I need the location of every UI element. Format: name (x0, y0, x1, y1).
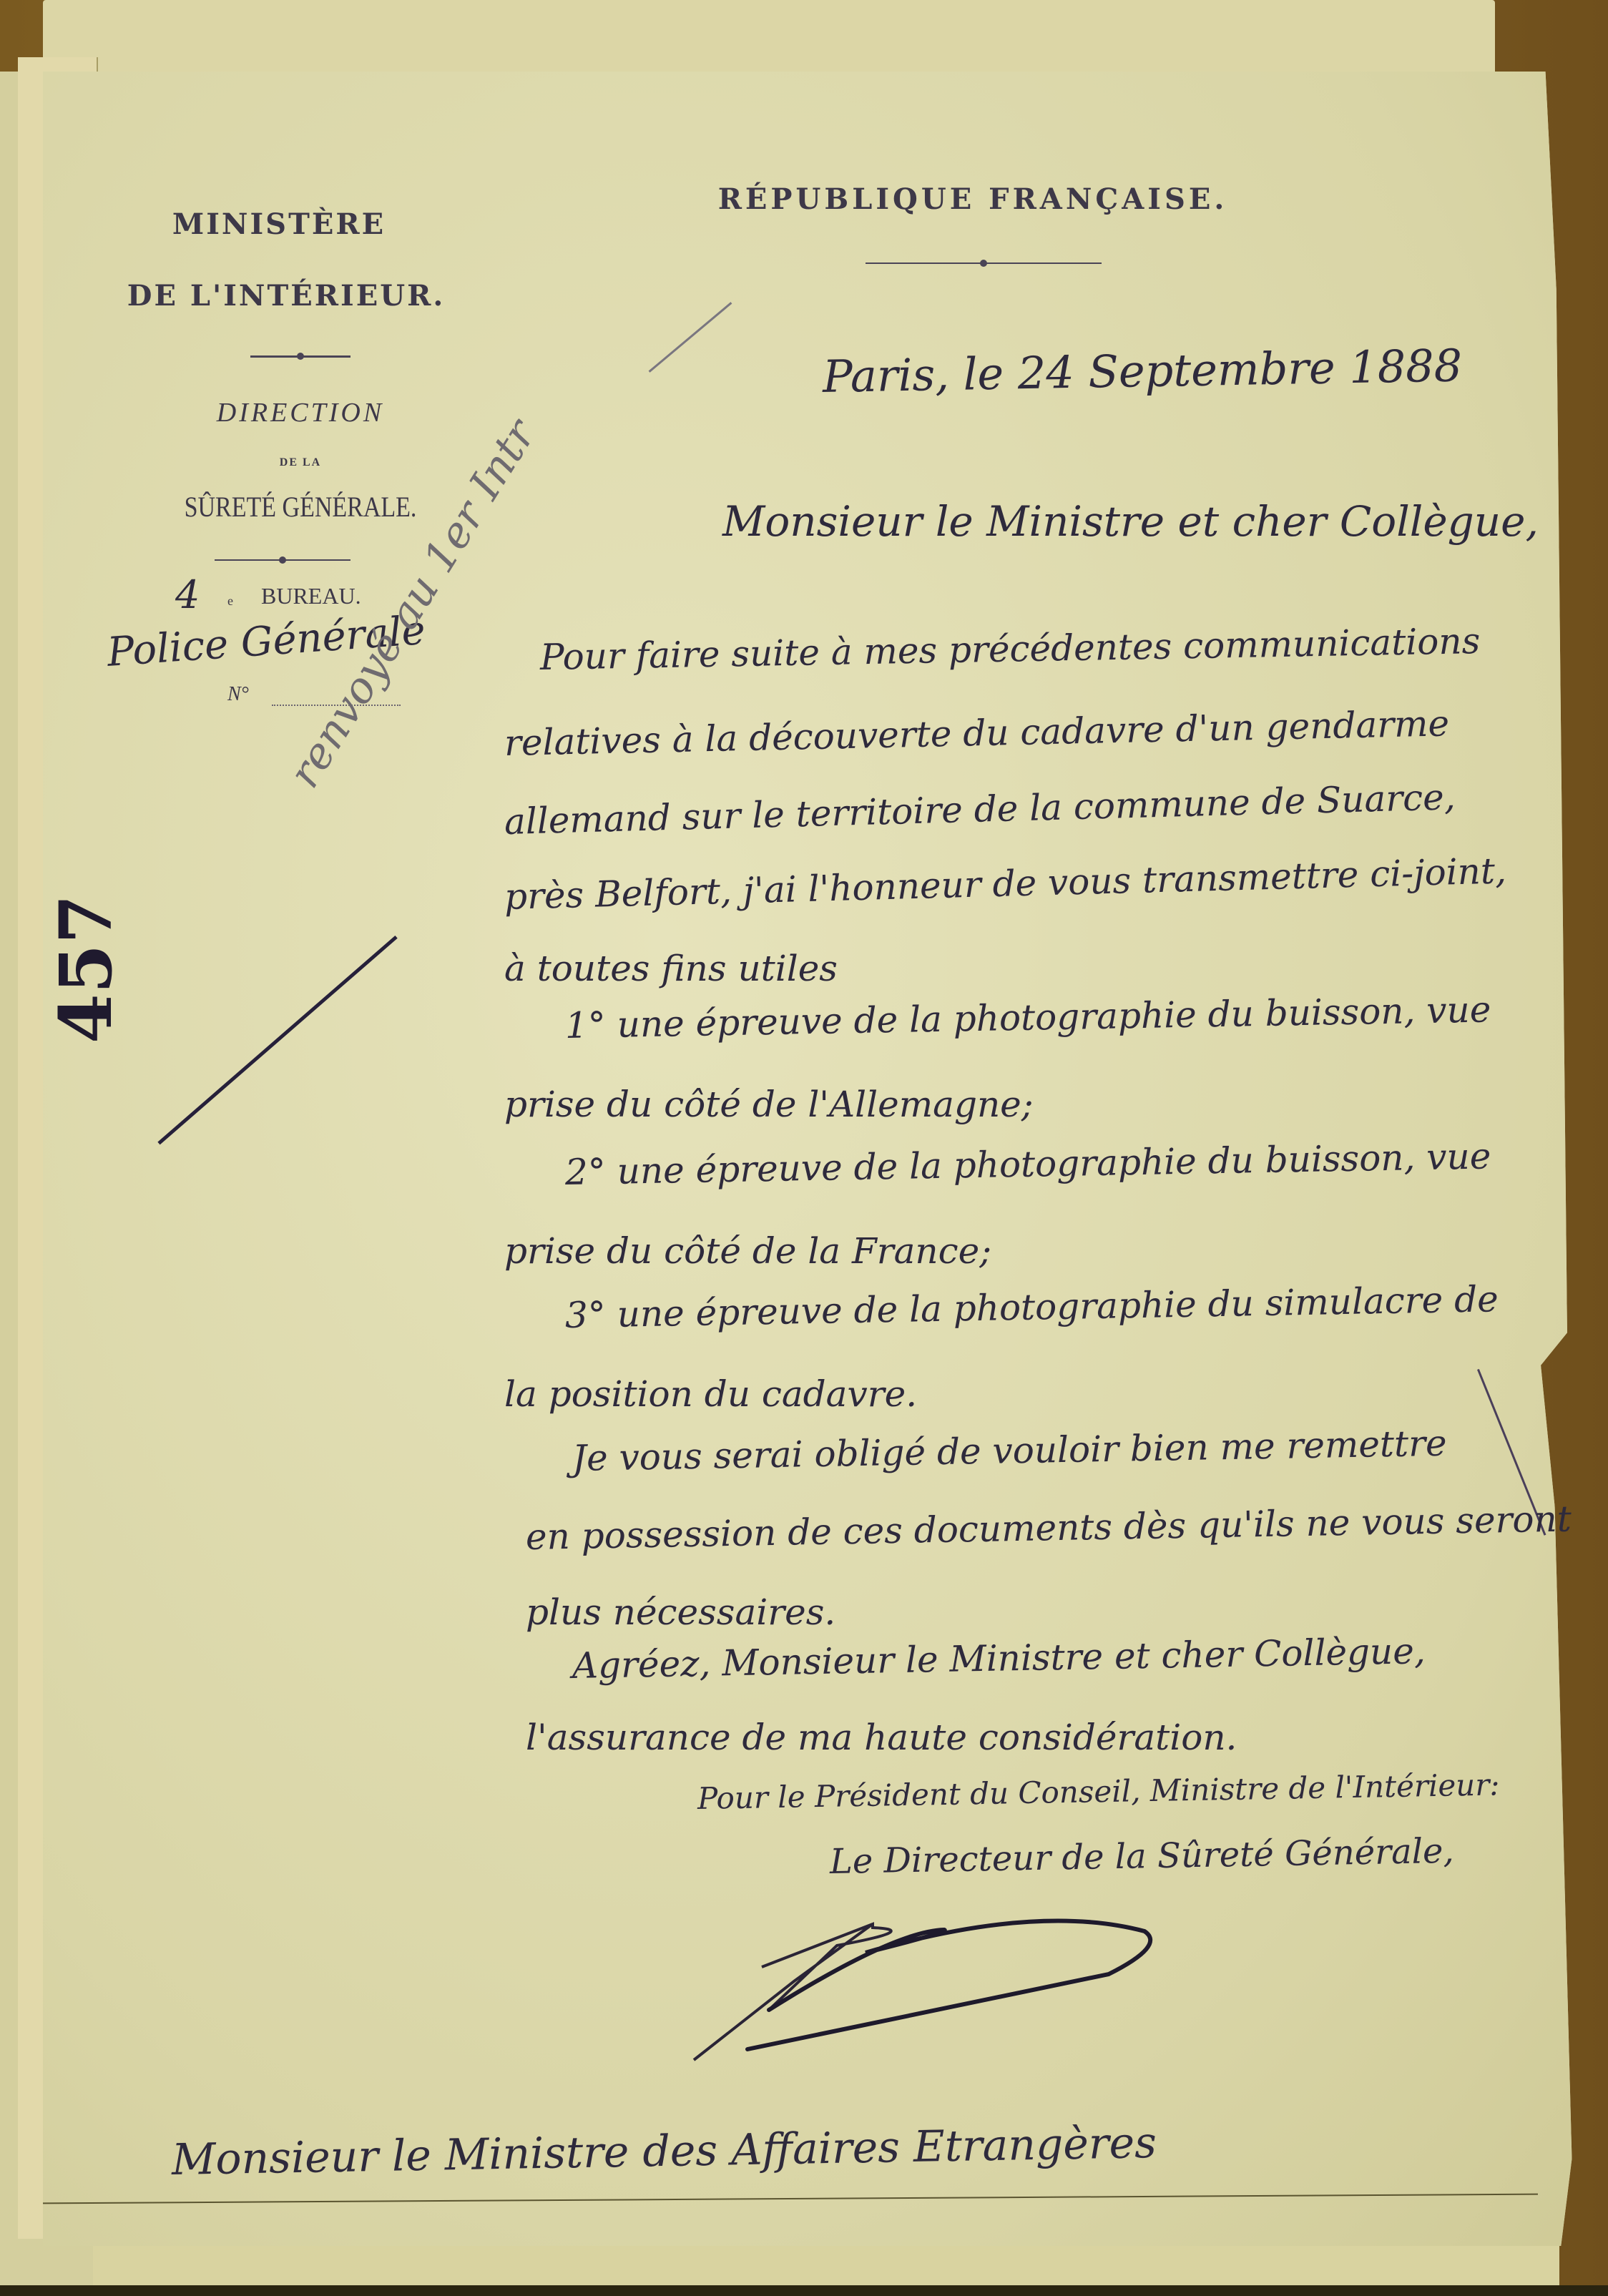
table-edge (0, 2285, 1608, 2296)
republic-divider (866, 263, 1102, 264)
signature-mark (680, 1903, 1381, 2089)
body-line: la position du cadavre. (504, 1373, 917, 1415)
surete-generale-label: SÛRETÉ GÉNÉRALE. (167, 490, 434, 524)
divider-ornament (250, 355, 350, 358)
place-date: Paris, le 24 Septembre 1888 (822, 339, 1462, 403)
number-label: N° (227, 683, 249, 706)
body-line: prise du côté de l'Allemagne; (504, 1084, 1034, 1125)
bureau-number: 4 (175, 572, 200, 617)
de-la-label: DE LA (229, 456, 372, 469)
ministry-line-1: MINISTÈRE (129, 207, 429, 241)
bureau-suffix: e (227, 594, 233, 609)
bureau-label: BUREAU. (261, 583, 361, 609)
body-line: prise du côté de la France; (504, 1230, 991, 1272)
folio-number: 457 (44, 894, 128, 1044)
body-line: plus nécessaires. (526, 1591, 835, 1633)
divider-line (215, 559, 350, 561)
direction-label: DIRECTION (143, 397, 458, 428)
ministry-line-2: DE L'INTÉRIEUR. (114, 279, 458, 313)
body-line: à toutes fins utiles (504, 948, 838, 989)
republique-francaise: RÉPUBLIQUE FRANÇAISE. (687, 182, 1259, 216)
complimentary-close-2: l'assurance de ma haute considération. (526, 1717, 1237, 1758)
underlying-sheet-top (43, 0, 1495, 79)
salutation: Monsieur le Ministre et cher Collègue, (722, 497, 1539, 546)
